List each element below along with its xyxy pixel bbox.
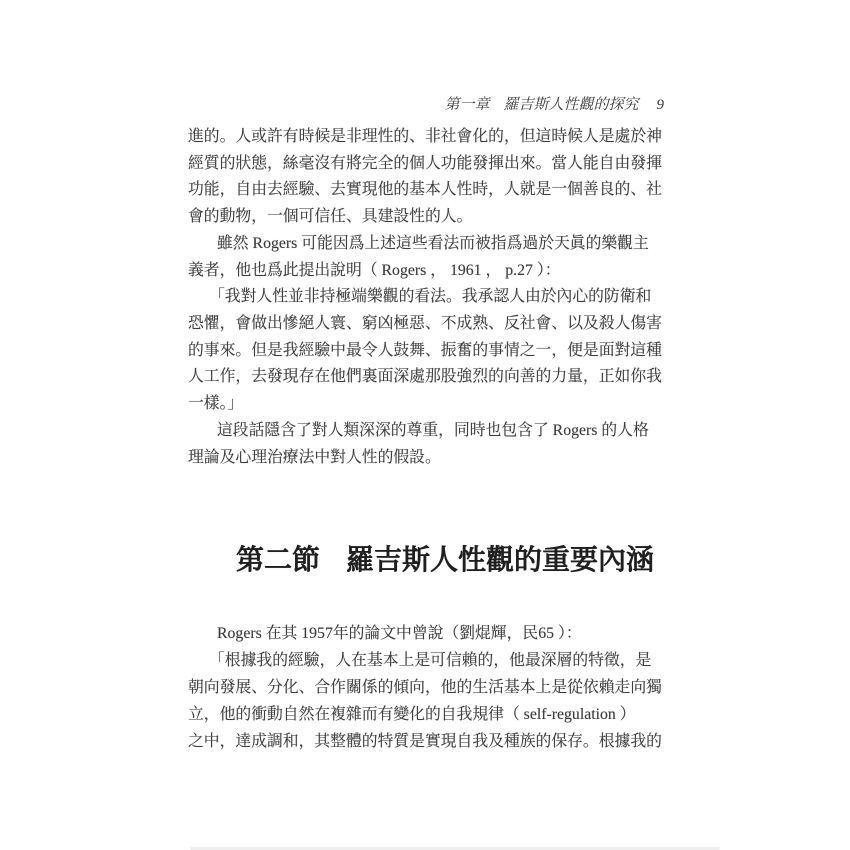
text-line: 進的。人或許有時候是非理性的、非社會化的，但這時候人是處於神 <box>188 124 670 151</box>
book-page-scan: 第一章羅吉斯人性觀的探究9 進的。人或許有時候是非理性的、非社會化的，但這時候人… <box>0 0 850 850</box>
text-line: 人工作，去發現存在他們裏面深處那股強烈的向善的力量，正如你我 <box>188 364 670 391</box>
section-heading: 第二節羅吉斯人性觀的重要內涵 <box>236 543 654 577</box>
text-line: 的事來。但是我經驗中最令人鼓舞、振奮的事情之一，便是面對這種 <box>188 338 670 365</box>
text-line: 雖然 Rogers 可能因爲上述這些看法而被指爲過於天眞的樂觀主 <box>188 231 670 258</box>
text-line: 這段話隱含了對人類深深的尊重，同時也包含了 Rogers 的人格 <box>188 418 670 445</box>
text-line: 之中，達成調和，其整體的特質是實現自我及種族的保存。根據我的 <box>188 728 670 755</box>
text-line: 功能，自由去經驗、去實現他的基本人性時，人就是一個善良的、社 <box>188 177 670 204</box>
text-line: 經質的狀態，絲毫沒有將完全的個人功能發揮出來。當人能自由發揮 <box>188 151 670 178</box>
body-text-bottom: Rogers 在其 1957年的論文中曾說（劉焜輝，民65 ）：「根據我的經驗，… <box>188 620 670 755</box>
running-header-title: 羅吉斯人性觀的探究 <box>503 97 638 113</box>
text-line: 義者，他也爲此提出說明（ Rogers ， 1961 ， p.27 ）： <box>188 258 670 285</box>
text-line: 理論及心理治療法中對人性的假設。 <box>188 445 670 472</box>
section-heading-label: 第二節 <box>236 544 320 575</box>
text-line: 朝向發展、分化、合作關係的傾向，他的生活基本上是從依賴走向獨 <box>188 674 670 701</box>
section-heading-title: 羅吉斯人性觀的重要內涵 <box>346 544 654 575</box>
text-line: 立，他的衝動自然在複雜而有變化的自我規律（ self-regulation ） <box>188 701 670 728</box>
running-header-chapter: 第一章 <box>444 97 489 113</box>
text-line: 恐懼，會做出慘絕人寰、窮凶極惡、不成熟、反社會、以及殺人傷害 <box>188 311 670 338</box>
text-line: Rogers 在其 1957年的論文中曾說（劉焜輝，民65 ）： <box>188 620 670 647</box>
text-line: 會的動物，一個可信任、具建設性的人。 <box>188 204 670 231</box>
text-line: 「我對人性並非持極端樂觀的看法。我承認人由於內心的防衛和 <box>188 284 670 311</box>
page-number: 9 <box>657 97 665 113</box>
text-line: 一樣。」 <box>188 391 670 418</box>
running-header: 第一章羅吉斯人性觀的探究9 <box>188 95 664 115</box>
text-line: 「根據我的經驗，人在基本上是可信賴的，他最深層的特徵，是 <box>188 647 670 674</box>
body-text-top: 進的。人或許有時候是非理性的、非社會化的，但這時候人是處於神經質的狀態，絲毫沒有… <box>188 124 670 471</box>
